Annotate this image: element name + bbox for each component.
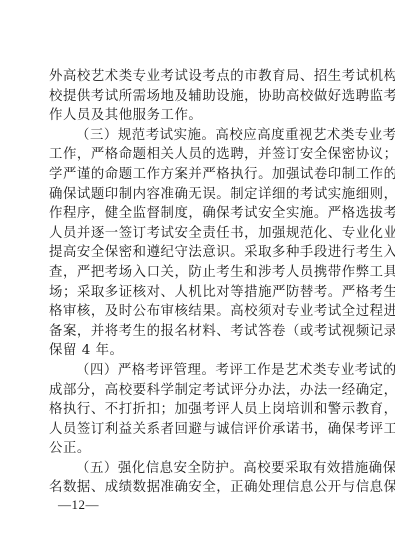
text-line: 名数据、成绩数据准确安全，正确处理信息公开与信息保密的关 — [49, 478, 346, 498]
section-heading-line: （五）强化信息安全防护。高校要采取有效措施确保考生报 — [49, 459, 346, 479]
text-line: 人员签订利益关系者回避与诚信评价承诺书，确保考评工作公平 — [49, 420, 346, 440]
text-line: 查，严把考场入口关，防止考生和涉考人员携带作弊工具进入考 — [49, 263, 346, 283]
section-heading-line: （三）规范考试实施。高校应高度重视艺术类专业考试命题 — [49, 126, 346, 146]
text-line: 作人员及其他服务工作。 — [49, 106, 346, 126]
text-line: 提高安全保密和遵纪守法意识。采取多种手段进行考生入场检 — [49, 243, 346, 263]
text-line: 学严谨的命题工作方案并严格执行。加强试卷印制工作的管理， — [49, 165, 346, 185]
text-line: 确保试题印制内容准确无误。制定详细的考试实施细则，规范工 — [49, 185, 346, 205]
text-line: 格审核，及时公布审核结果。高校须对专业考试全过程进行录像 — [49, 302, 346, 322]
document-page: 外高校艺术类专业考试设考点的市教育局、招生考试机构要为高 校提供考试所需场地及辅… — [49, 67, 346, 498]
text-line: 工作，严格命题相关人员的选聘，并签订安全保密协议；制定科 — [49, 145, 346, 165]
text-line: 校提供考试所需场地及辅助设施，协助高校做好选聘监考员、工 — [49, 87, 346, 107]
text-line: 备案，并将考生的报名材料、考试答卷（或考试视频记录资料） — [49, 322, 346, 342]
text-line: 作程序，健全监督制度，确保考试安全实施。严格选拔考试工作 — [49, 204, 346, 224]
text-line: 格执行、不打折扣；加强考评人员上岗培训和警示教育，与考评 — [49, 400, 346, 420]
page-number: —12— — [58, 497, 99, 513]
text-line: 人员并逐一签订考试安全责任书，加强规范化、专业化业务培训， — [49, 224, 346, 244]
text-line: 成部分，高校要科学制定考试评分办法，办法一经确定，必须严 — [49, 381, 346, 401]
text-line: 场；采取多证核对、人机比对等措施严防替考。严格考生报名资 — [49, 283, 346, 303]
section-heading-line: （四）严格考评管理。考评工作是艺术类专业考试的重要组 — [49, 361, 346, 381]
text-line: 外高校艺术类专业考试设考点的市教育局、招生考试机构要为高 — [49, 67, 346, 87]
text-line: 公正。 — [49, 439, 346, 459]
text-line: 保留 4 年。 — [49, 341, 346, 361]
